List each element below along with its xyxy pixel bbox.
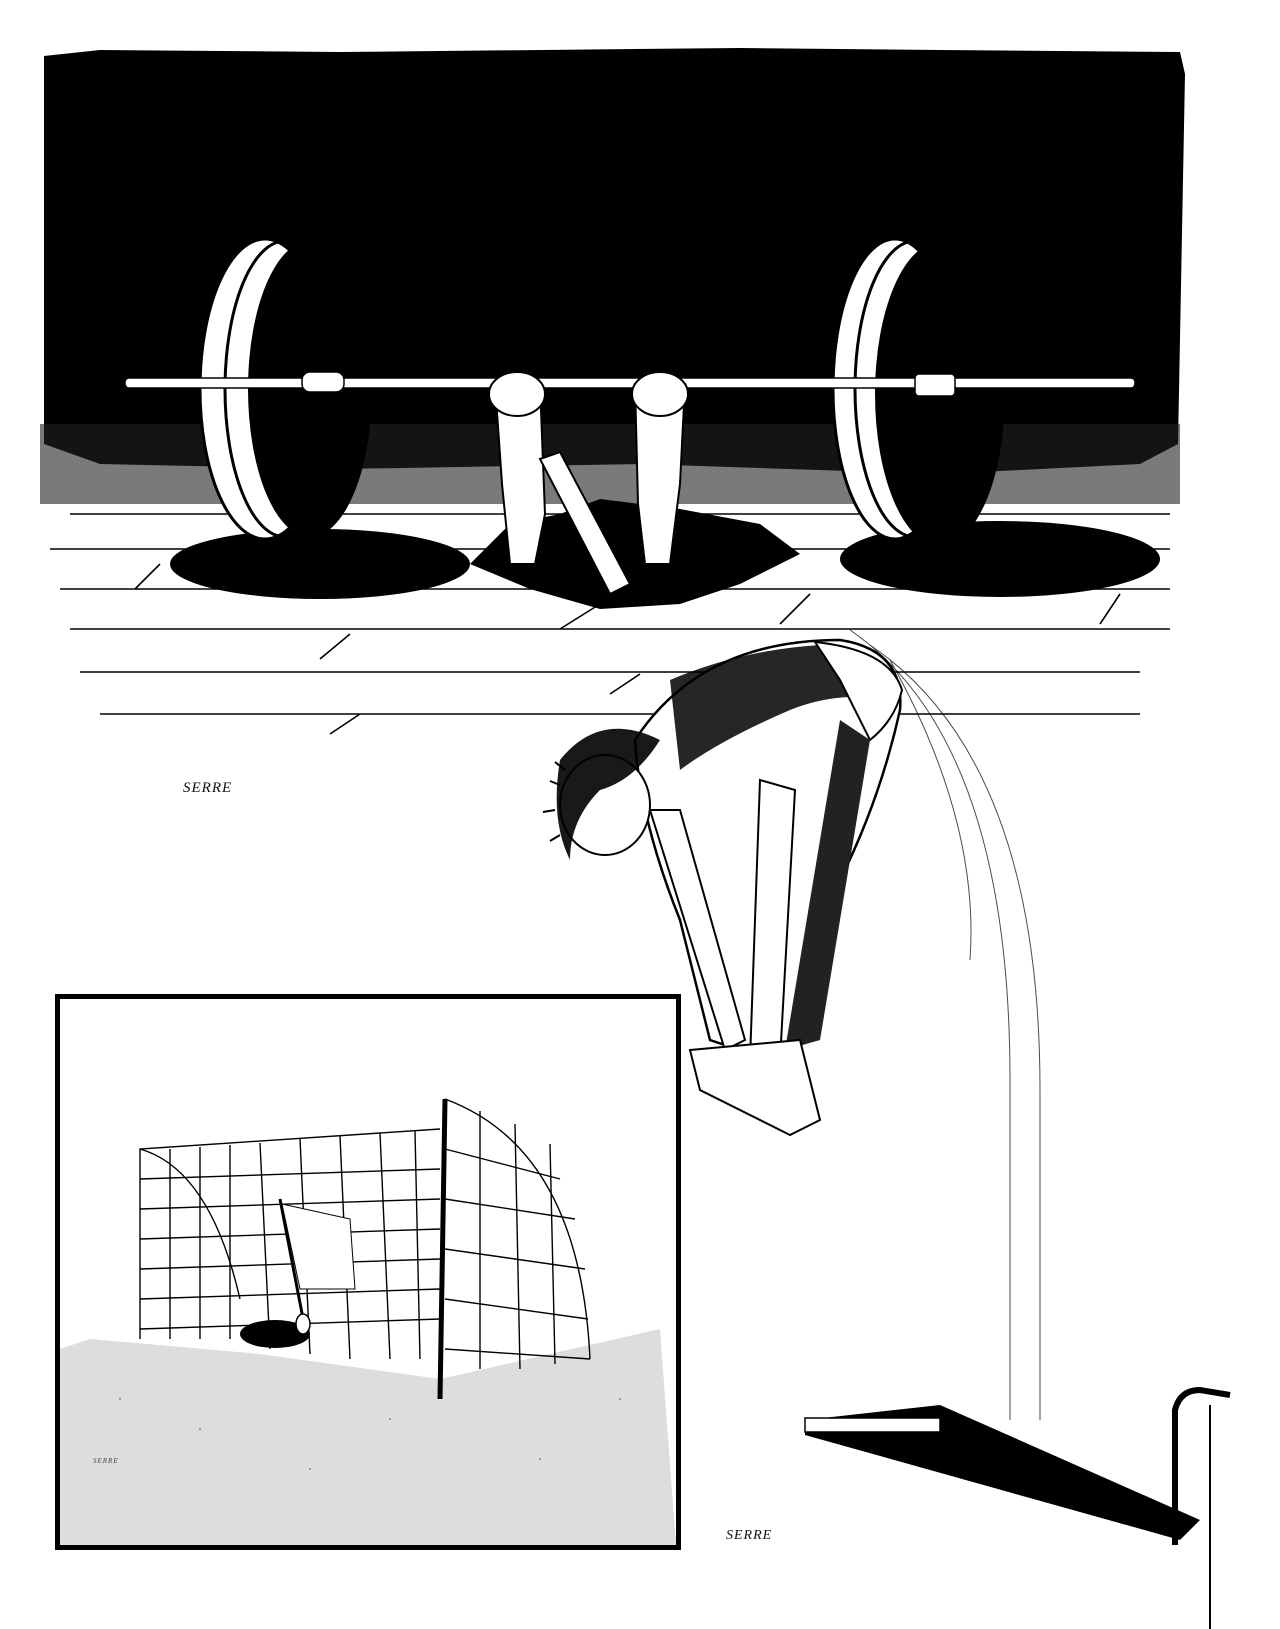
artist-signature: SERRE	[183, 780, 232, 797]
artist-signature: SERRE	[726, 1528, 772, 1544]
goal-drawing	[60, 999, 676, 1545]
football-goal-illustration: SERRE	[55, 994, 681, 1550]
artist-signature: SERRE	[93, 1457, 119, 1465]
